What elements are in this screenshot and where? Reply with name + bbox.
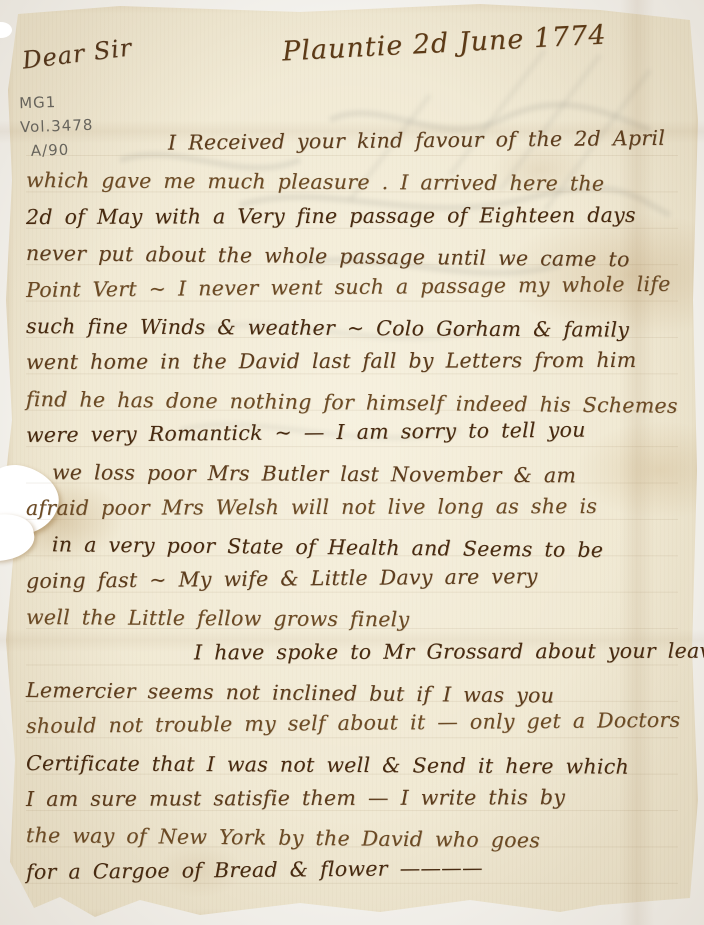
- letter-line: I have spoke to Mr Grossard about your l…: [26, 633, 678, 672]
- letter-line: should not trouble my self about it — on…: [26, 702, 678, 745]
- letter-line: Point Vert ~ I never went such a passage…: [26, 265, 678, 308]
- letter-line: for a Cargoe of Bread & flower ————: [26, 848, 678, 891]
- archival-note-line: MG1: [19, 89, 93, 116]
- letter-line: went home in the David last fall by Lett…: [26, 342, 678, 381]
- letter-line: 2d of May with a Very fine passage of Ei…: [26, 197, 678, 236]
- letter-line: I am sure must satisfie them — I write t…: [26, 779, 678, 818]
- scanned-letter-page: MG1 Vol.3478 A/90 Dear Sir Plauntie 2d J…: [0, 0, 704, 925]
- letter-body: I Received your kind favour of the 2d Ap…: [26, 126, 678, 890]
- edge-nick-top-left: [0, 22, 12, 38]
- letter-line: afraid poor Mrs Welsh will not live long…: [26, 488, 678, 527]
- letter-line: I Received your kind favour of the 2d Ap…: [26, 120, 678, 163]
- letter-line: were very Romantick ~ — I am sorry to te…: [26, 411, 678, 454]
- letter-line: going fast ~ My wife & Little Davy are v…: [26, 556, 678, 599]
